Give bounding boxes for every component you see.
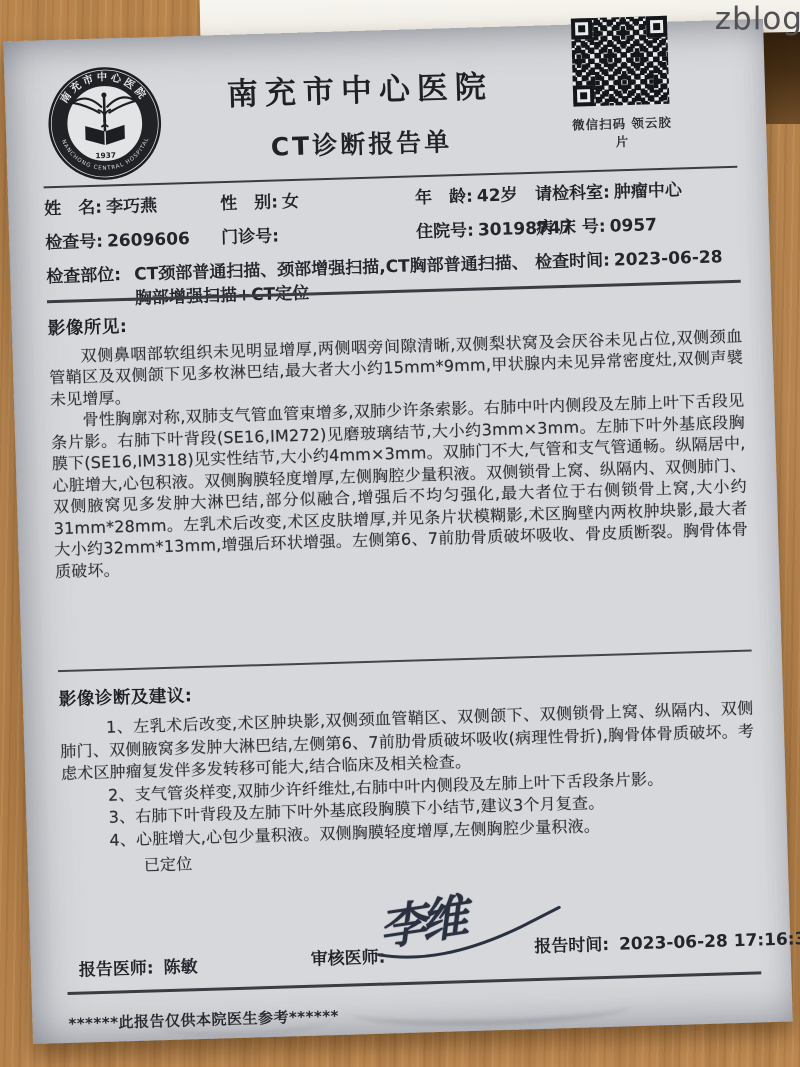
- report-time-label: 报告时间:: [534, 935, 609, 957]
- patient-name: 李巧燕: [102, 196, 158, 218]
- signature-row: 报告医师: 陈敏 审核医师: 李维 报告时间: 2023-06-28 17:16…: [65, 901, 761, 986]
- exam-time-value: 2023-06-28: [610, 247, 723, 270]
- report-title: CT诊断报告单: [146, 119, 577, 168]
- zblog-watermark: zblog: [715, 1, 800, 37]
- gender-label: 性 别:: [220, 192, 278, 214]
- report-time-value: 2023-06-28 17:16:36: [615, 929, 800, 955]
- inpatient-no-label: 住院号:: [416, 221, 474, 243]
- review-doctor-label: 审核医师:: [310, 948, 385, 970]
- report-doctor-label: 报告医师:: [79, 958, 154, 980]
- qr-code: [571, 16, 670, 107]
- diagnosis-section: 影像诊断及建议: 1、左乳术后改变,术区肿块影,双侧颈血管鞘区、双侧颌下、双侧锁…: [58, 666, 757, 881]
- reviewer-signature: 李维: [380, 878, 472, 960]
- report-header: 南充市中心医院 NANCHONG CENTRAL HOSPITAL: [40, 34, 737, 183]
- qr-finder-icon: [573, 85, 595, 107]
- exam-no: 2609606: [103, 229, 190, 252]
- report-doctor-name: 陈敏: [159, 957, 198, 978]
- findings-section: 影像所见: 双侧鼻咽部软组织未见明显增厚,两侧咽旁间隙清晰,双侧梨状窝及会厌谷未…: [47, 294, 749, 582]
- hospital-name: 南充市中心医院: [144, 59, 575, 117]
- exam-no-label: 检查号:: [45, 232, 103, 254]
- photo-of-desk: { "watermark": "zblog", "colors": { "woo…: [0, 0, 800, 1067]
- bed-no: 0957: [605, 215, 657, 237]
- patient-dept: 肿瘤中心: [610, 180, 683, 202]
- outpatient-no-label: 门诊号:: [221, 226, 279, 248]
- findings-paragraph: 骨性胸廓对称,双肺支气管血管束增多,双肺少许条索影。右肺中叶内侧段及左肺上叶下舌…: [50, 390, 749, 583]
- logo-year-text: 1937: [95, 151, 116, 161]
- patient-info-table: 姓 名:李巧燕 性 别:女 年 龄:42岁 请检科室:肿瘤中心 检查号:2609…: [44, 166, 741, 303]
- exam-time-label: 检查时间:: [535, 251, 610, 273]
- bed-no-label: 病 床 号:: [536, 217, 606, 239]
- wechat-qr-block: 微信扫码 领云胶片: [567, 16, 675, 152]
- qr-caption: 微信扫码 领云胶片: [570, 113, 675, 152]
- qr-finder-icon: [646, 16, 668, 38]
- ct-report-paper: 南充市中心医院 NANCHONG CENTRAL HOSPITAL: [3, 19, 792, 1044]
- dept-label: 请检科室:: [535, 183, 610, 205]
- outpatient-no: [279, 226, 284, 246]
- qr-finder-icon: [571, 18, 593, 40]
- exam-part-label: 检查部位:: [46, 263, 135, 314]
- patient-age: 42岁: [473, 185, 518, 206]
- patient-gender: 女: [278, 192, 300, 213]
- age-label: 年 龄:: [415, 187, 473, 209]
- name-label: 姓 名:: [44, 198, 102, 220]
